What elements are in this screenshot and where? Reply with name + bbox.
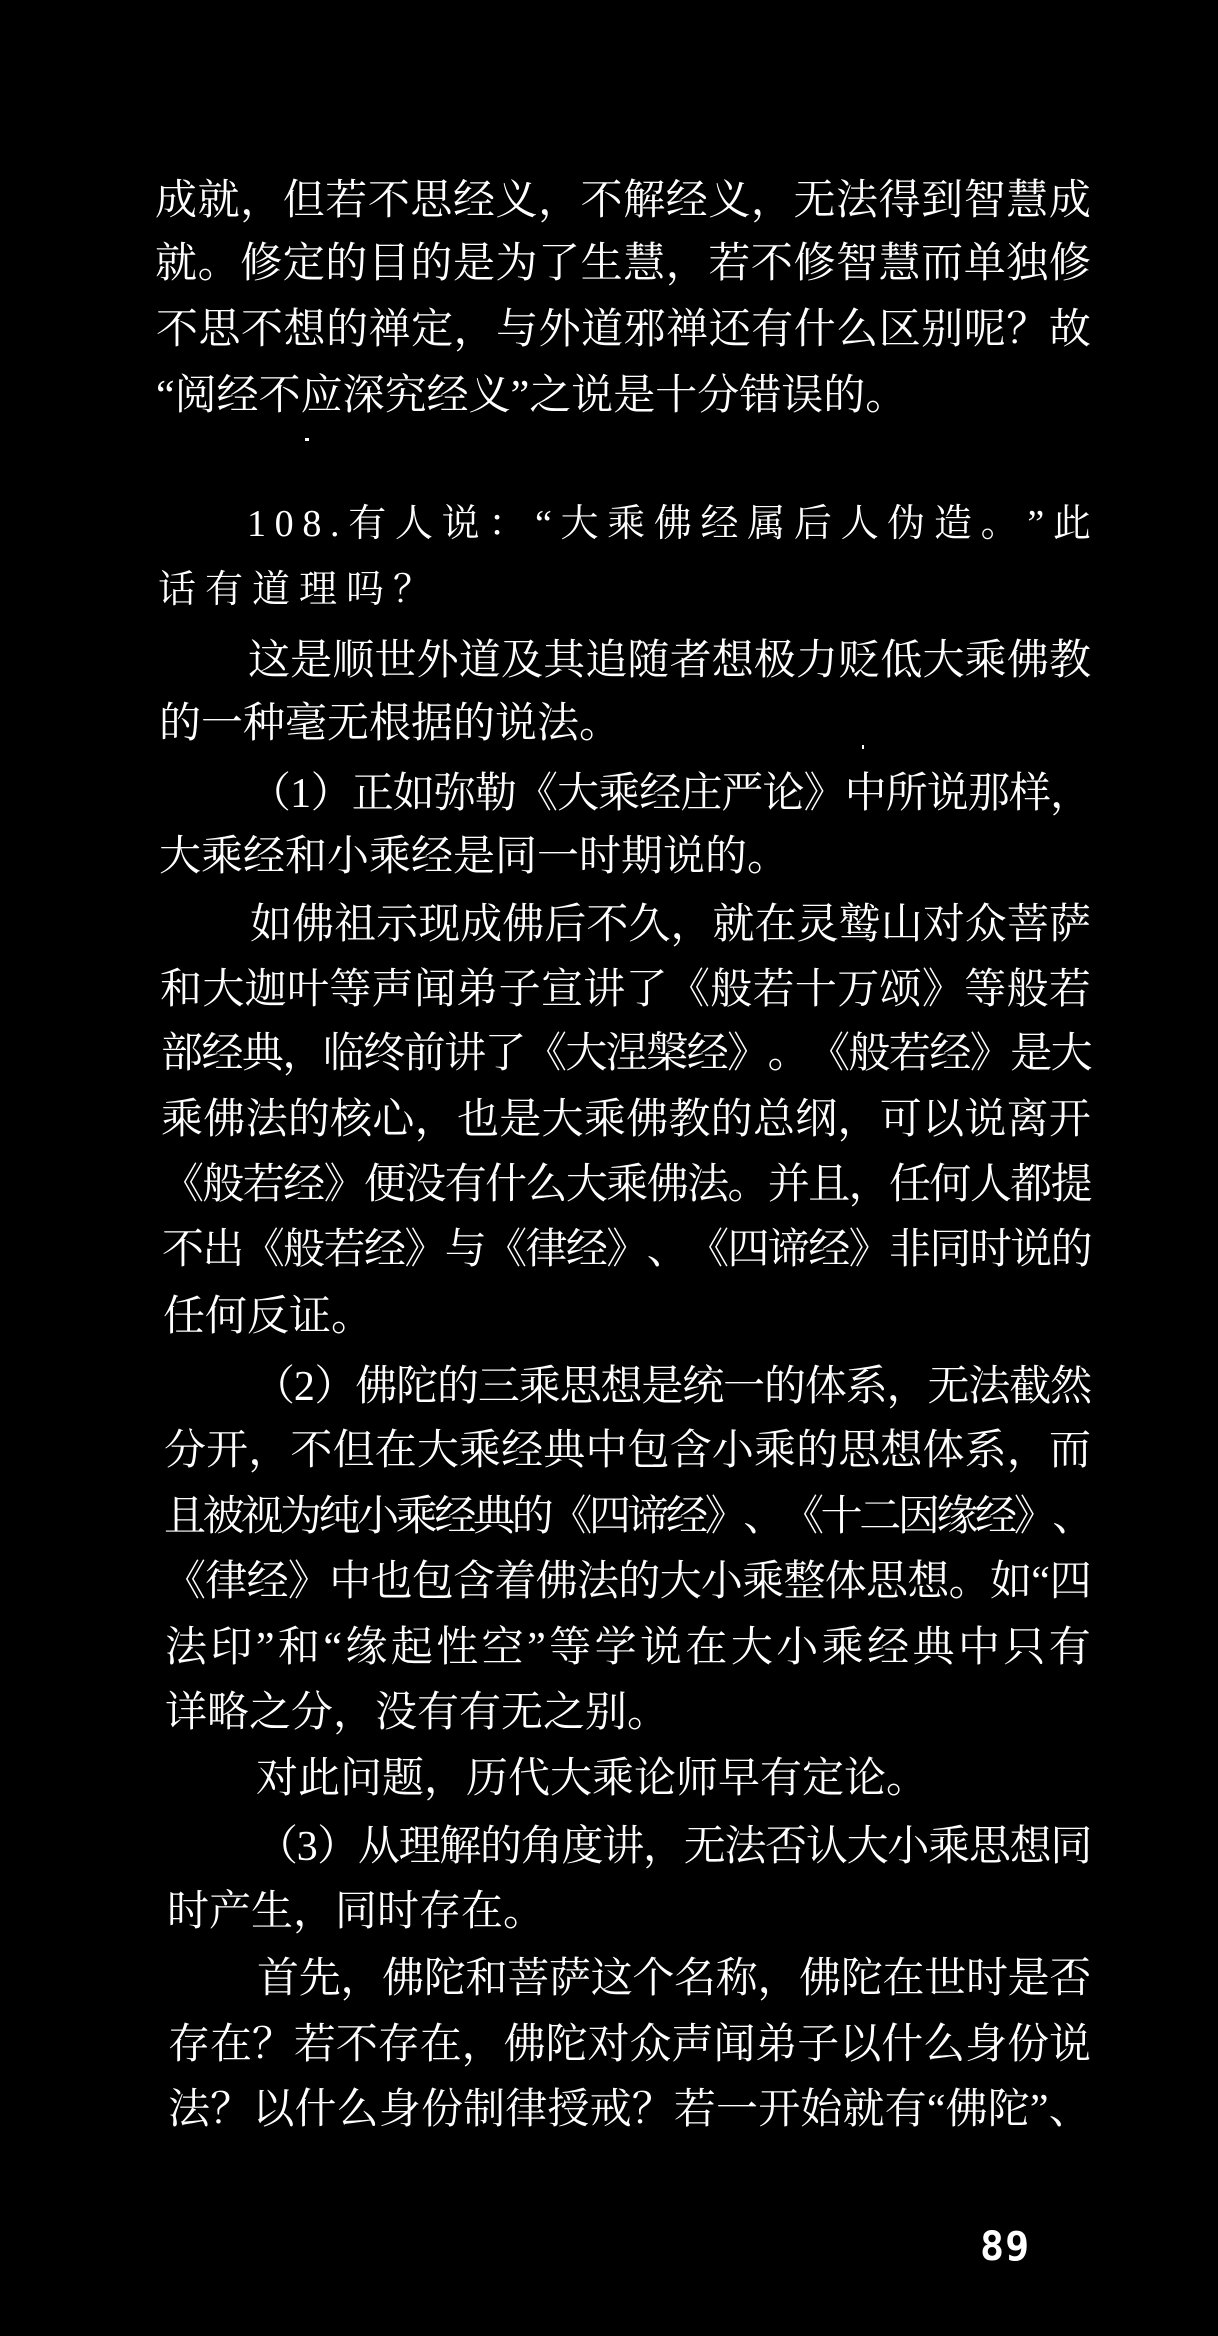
text-line: 不出《般若经》与《律经》、《四谛经》非同时说的 (162, 1217, 1091, 1283)
glyph: 提 (1051, 1152, 1091, 1218)
glyph: 佛 (382, 1946, 424, 2012)
glyph: 萨 (1049, 892, 1091, 958)
glyph: 授 (547, 2077, 589, 2143)
glyph: ？ (252, 2012, 294, 2078)
glyph: 等 (549, 1615, 591, 1681)
glyph: 前 (404, 1021, 444, 1087)
glyph: 子 (797, 2012, 839, 2078)
text-line: 大乘经和小乘经是同一时期说的。 (159, 824, 789, 890)
glyph: 》 (727, 1021, 767, 1087)
glyph: 律 (526, 1217, 566, 1283)
glyph: 二 (859, 1484, 898, 1550)
glyph: 首 (257, 1946, 299, 2012)
glyph: 然 (1050, 1354, 1091, 1420)
glyph: 大 (560, 491, 598, 557)
text-line: 就。修定的目的是为了生慧，若不修智慧而单独修 (155, 231, 1091, 297)
glyph: 在 (375, 1418, 417, 1484)
glyph: 义 (496, 168, 538, 234)
page-number: 89 (980, 2226, 1030, 2268)
glyph: 了 (626, 957, 668, 1023)
glyph: 佛 (536, 1549, 577, 1615)
glyph: ？ (210, 2077, 252, 2143)
glyph: 是 (1010, 1021, 1050, 1087)
glyph: 乘 (584, 1087, 626, 1153)
glyph: 和 (466, 1946, 508, 2012)
glyph: 般 (1007, 957, 1049, 1023)
glyph: 乘 (928, 1814, 969, 1880)
glyph: 若 (325, 168, 367, 234)
glyph: 定 (283, 231, 325, 297)
glyph: 是 (1008, 1946, 1050, 2012)
glyph: 经 (566, 1217, 606, 1283)
glyph: ” (256, 1615, 275, 1681)
glyph: 等 (329, 957, 371, 1023)
glyph: 可 (880, 1087, 922, 1153)
glyph: 般 (202, 1152, 242, 1218)
glyph: 部 (161, 1021, 201, 1087)
glyph: 样 (1009, 761, 1050, 827)
glyph: 律 (205, 1549, 246, 1615)
glyph: 为 (280, 1484, 319, 1550)
glyph: 以 (252, 2077, 294, 2143)
text-line: 部经典，临终前讲了《大涅槃经》。《般若经》是大 (161, 1021, 1091, 1087)
glyph: ， (240, 168, 282, 234)
glyph: 子 (499, 957, 541, 1023)
glyph: 无 (684, 1814, 725, 1880)
glyph: 乘 (742, 1549, 783, 1615)
glyph: 中 (329, 1549, 370, 1615)
glyph: 1 (247, 491, 266, 557)
glyph: 经 (453, 168, 495, 234)
glyph: 任 (889, 1152, 929, 1218)
glyph: ： (488, 491, 526, 557)
glyph: 若 (674, 2077, 716, 2143)
glyph: 么 (923, 2012, 965, 2078)
glyph: 小 (357, 1484, 396, 1550)
glyph: 其 (543, 628, 585, 694)
glyph: 《 (687, 1217, 727, 1283)
glyph: 但 (333, 1418, 375, 1484)
glyph: 若 (294, 2012, 336, 2078)
glyph: 法 (724, 1814, 765, 1880)
glyph: 是 (499, 1087, 541, 1153)
glyph: 灵 (797, 892, 839, 958)
glyph: 说 (1010, 1217, 1050, 1283)
glyph: 叶 (287, 957, 329, 1023)
glyph: ” (1030, 2077, 1049, 2143)
text-line: 分开，不但在大乘经典中包含小乘的思想体系，而 (164, 1418, 1091, 1484)
glyph: ？ (1006, 297, 1048, 363)
text-line: （2）佛陀的三乘思想是统一的体系，无法截然 (163, 1354, 1091, 1420)
glyph: 佛 (1007, 628, 1049, 694)
glyph: ， (666, 231, 708, 297)
glyph: 、 (647, 1217, 687, 1283)
glyph: 同 (1050, 1814, 1091, 1880)
glyph: 闻 (414, 957, 456, 1023)
glyph: 被 (203, 1484, 242, 1550)
glyph: 而 (921, 231, 963, 297)
glyph: 是 (641, 1354, 682, 1420)
glyph: 乘 (519, 1354, 560, 1420)
glyph: ， (849, 1152, 889, 1218)
glyph: 大 (565, 1021, 605, 1087)
glyph: 《 (808, 1021, 848, 1087)
glyph: 否 (765, 1814, 806, 1880)
text-line: 的一种毫无根据的说法。 (159, 691, 621, 757)
glyph: 这 (248, 628, 290, 694)
glyph: 经 (283, 1152, 323, 1218)
glyph: 菩 (507, 1946, 549, 2012)
glyph: 大 (731, 1615, 773, 1681)
glyph: 0 (275, 491, 294, 557)
glyph: 大 (1051, 1021, 1091, 1087)
glyph: 就 (713, 892, 755, 958)
glyph: . (330, 491, 340, 557)
glyph: 槃 (646, 1021, 686, 1087)
glyph: 整 (783, 1549, 824, 1615)
glyph: 教 (1049, 628, 1091, 694)
text-line: “阅经不应深究经义”之说是十分错误的。 (156, 363, 907, 429)
glyph: 《 (525, 1021, 565, 1087)
glyph: 有 (1049, 1615, 1091, 1681)
text-line: 法？以什么身份制律授戒？若一开始就有“佛陀”、 (168, 2077, 1091, 2143)
glyph: 典 (473, 1484, 512, 1550)
glyph: 在 (883, 1946, 925, 2012)
glyph: 大 (542, 1087, 584, 1153)
glyph: 随 (627, 628, 669, 694)
glyph: 便 (364, 1152, 404, 1218)
scan-speck (305, 438, 309, 441)
glyph: 经 (929, 1021, 969, 1087)
glyph: 什 (881, 2012, 923, 2078)
glyph: 呢 (964, 297, 1006, 363)
glyph: 经 (666, 1484, 705, 1550)
glyph: 、 (743, 1484, 782, 1550)
glyph: 经 (201, 1021, 241, 1087)
glyph: 思 (866, 1549, 907, 1615)
glyph: 的 (326, 297, 368, 363)
glyph: 对 (588, 2012, 630, 2078)
glyph: 如 (990, 1549, 1031, 1615)
glyph: 》 (705, 1484, 744, 1550)
glyph: （ (253, 1354, 294, 1420)
glyph: 万 (837, 957, 879, 1023)
glyph: ， (1007, 1418, 1049, 1484)
glyph: 。 (198, 231, 240, 297)
glyph: “ (927, 2077, 946, 2143)
glyph: 顺 (332, 628, 374, 694)
glyph: 的 (711, 1087, 753, 1153)
glyph: 起 (391, 1615, 433, 1681)
heading-line: 话有道理吗？ (158, 557, 440, 623)
glyph: 《 (164, 1549, 205, 1615)
glyph: 与 (496, 297, 538, 363)
glyph: 律 (505, 2077, 547, 2143)
glyph: 在 (210, 2012, 252, 2078)
glyph: 若 (243, 1152, 283, 1218)
glyph: 》 (324, 1152, 364, 1218)
glyph: 迦 (245, 957, 287, 1023)
glyph: 戒 (590, 2077, 632, 2143)
glyph: 及 (501, 628, 543, 694)
glyph: 不 (586, 892, 628, 958)
glyph: 想 (712, 628, 754, 694)
glyph: 菩 (1007, 892, 1049, 958)
glyph: 么 (526, 1152, 566, 1218)
glyph: 经 (501, 1418, 543, 1484)
glyph: 离 (1007, 1087, 1049, 1153)
glyph: 贬 (838, 628, 880, 694)
glyph: 世 (924, 1946, 966, 2012)
glyph: 》 (804, 761, 845, 827)
glyph: 》 (404, 1217, 444, 1283)
glyph: 了 (485, 1021, 525, 1087)
glyph: 鹫 (839, 892, 881, 958)
glyph: 法 (165, 1615, 207, 1681)
glyph: 2 (294, 1354, 314, 1420)
glyph: 开 (206, 1418, 248, 1484)
glyph: 包 (412, 1549, 453, 1615)
glyph: 且 (808, 1152, 848, 1218)
glyph: 大 (202, 957, 244, 1023)
glyph: 解 (439, 1814, 480, 1880)
glyph: 不 (241, 297, 283, 363)
glyph: 故 (1049, 297, 1091, 363)
glyph: ， (538, 168, 580, 234)
glyph: 说 (927, 761, 968, 827)
glyph: 智 (964, 168, 1006, 234)
glyph: 乘 (161, 1087, 203, 1153)
glyph: 佛 (946, 2077, 988, 2143)
glyph: 此 (1053, 491, 1091, 557)
glyph: 么 (836, 297, 878, 363)
glyph: 佛 (292, 892, 334, 958)
glyph: 开 (758, 2077, 800, 2143)
glyph: 乘 (598, 761, 639, 827)
glyph: 非 (889, 1217, 929, 1283)
glyph: 三 (478, 1354, 519, 1420)
text-line: 乘佛法的核心，也是大乘佛教的总纲，可以说离开 (161, 1087, 1091, 1153)
glyph: “ (1031, 1549, 1049, 1615)
glyph: 乘 (965, 628, 1007, 694)
text-line: 如佛祖示现成佛后不久，就在灵鹫山对众菩萨 (160, 892, 1091, 958)
glyph: 慧 (1006, 168, 1048, 234)
glyph: 以 (839, 2012, 881, 2078)
glyph: 。 (981, 491, 1019, 557)
glyph: ） (311, 761, 352, 827)
glyph: 和 (160, 957, 202, 1023)
glyph: 佛 (626, 1087, 668, 1153)
glyph: 从 (358, 1814, 399, 1880)
glyph: 慧 (879, 231, 921, 297)
glyph: 单 (964, 231, 1006, 297)
glyph: 谛 (768, 1217, 808, 1283)
glyph: 始 (800, 2077, 842, 2143)
glyph: 大 (557, 761, 598, 827)
glyph: 缘 (937, 1484, 976, 1550)
glyph: 教 (668, 1087, 710, 1153)
glyph: 那 (968, 761, 1009, 827)
glyph: 中 (958, 1615, 1000, 1681)
glyph: ， (454, 297, 496, 363)
glyph: 就 (155, 231, 197, 297)
glyph: 后 (794, 491, 832, 557)
glyph: 且 (164, 1484, 203, 1550)
glyph: 与 (445, 1217, 485, 1283)
glyph: 人 (970, 1152, 1010, 1218)
glyph: ） (314, 1354, 355, 1420)
glyph: ， (757, 1946, 799, 2012)
glyph: 伪 (887, 491, 925, 557)
glyph: 《 (485, 1217, 525, 1283)
glyph: 别 (921, 297, 963, 363)
glyph: 是 (290, 628, 332, 694)
glyph: 大 (660, 1549, 701, 1615)
glyph: 在 (755, 892, 797, 958)
glyph: 乘 (754, 1418, 796, 1484)
glyph: 到 (921, 168, 963, 234)
glyph: 思 (838, 1418, 880, 1484)
glyph: 一 (723, 1354, 764, 1420)
glyph: 外 (417, 628, 459, 694)
glyph: 经 (666, 168, 708, 234)
glyph: 等 (964, 957, 1006, 1023)
glyph: 般 (710, 957, 752, 1023)
glyph: 成 (155, 168, 197, 234)
glyph: 的 (512, 1484, 551, 1550)
glyph: 《 (162, 1152, 202, 1218)
text-line: （1）正如弥勒《大乘经庄严论》中所说那样， (159, 761, 1091, 827)
glyph: 目 (368, 231, 410, 297)
glyph: 想 (907, 1549, 948, 1615)
glyph: 、 (1049, 2077, 1091, 2143)
text-line: 《律经》中也包含着佛法的大小乘整体思想。如“四 (164, 1549, 1091, 1615)
glyph: 典 (543, 1418, 585, 1484)
glyph: 体 (825, 1549, 866, 1615)
glyph: 出 (202, 1217, 242, 1283)
glyph: 的 (410, 231, 452, 297)
glyph: 总 (753, 1087, 795, 1153)
glyph: 还 (709, 297, 751, 363)
glyph: 解 (623, 168, 665, 234)
glyph: 经 (247, 1549, 288, 1615)
glyph: 缘 (345, 1615, 387, 1681)
glyph: 《 (243, 1217, 283, 1283)
glyph: 乘 (606, 1152, 646, 1218)
text-line: 这是顺世外道及其追随者想极力贬低大乘佛教 (158, 628, 1091, 694)
glyph: 所 (886, 761, 927, 827)
glyph: 认 (806, 1814, 847, 1880)
glyph: 的 (618, 1549, 659, 1615)
glyph: 《 (550, 1484, 589, 1550)
glyph: 这 (591, 1946, 633, 2012)
glyph: 什 (485, 1152, 525, 1218)
glyph: 说 (964, 1087, 1006, 1153)
glyph: 声 (671, 2012, 713, 2078)
glyph: 陀 (396, 1354, 437, 1420)
glyph: 定 (411, 297, 453, 363)
glyph: 道 (581, 297, 623, 363)
glyph: 典 (242, 1021, 282, 1087)
glyph: 体 (805, 1354, 846, 1420)
glyph: 有 (445, 1152, 485, 1218)
glyph: 《 (516, 761, 557, 827)
glyph: 》 (849, 1217, 889, 1283)
glyph: 经 (434, 1484, 473, 1550)
glyph: 乘 (607, 491, 645, 557)
glyph: 典 (913, 1615, 955, 1681)
glyph: 四 (727, 1217, 767, 1283)
glyph: 空 (482, 1615, 524, 1681)
glyph: ， (751, 168, 793, 234)
glyph: ？ (632, 2077, 674, 2143)
glyph: 若 (324, 1217, 364, 1283)
glyph: 的 (796, 1418, 838, 1484)
glyph: 者 (670, 628, 712, 694)
text-line: 法印”和“缘起性空”等学说在大小乘经典中只有 (165, 1615, 1091, 1681)
glyph: 含 (670, 1418, 712, 1484)
glyph: 佛 (502, 892, 544, 958)
text-line: 不思不想的禅定，与外道邪禅还有什么区别呢？故 (156, 297, 1091, 363)
glyph: 经 (975, 1484, 1014, 1550)
glyph: （ (256, 1814, 297, 1880)
glyph: 先 (299, 1946, 341, 2012)
glyph: 思 (969, 1814, 1010, 1880)
glyph: 十 (821, 1484, 860, 1550)
glyph: 1 (290, 761, 311, 827)
glyph: 论 (762, 761, 803, 827)
glyph: 无 (793, 168, 835, 234)
glyph: 度 (562, 1814, 603, 1880)
glyph: 极 (754, 628, 796, 694)
text-line: 任何反证。 (163, 1284, 373, 1350)
glyph: 时 (970, 1217, 1010, 1283)
glyph: 佛 (504, 2012, 546, 2078)
glyph: 名 (674, 1946, 716, 2012)
glyph: 身 (379, 2077, 421, 2143)
glyph: 着 (494, 1549, 535, 1615)
glyph: 法 (577, 1549, 618, 1615)
glyph: 大 (417, 1418, 459, 1484)
book-page: 成就，但若不思经义，不解经义，无法得到智慧成 就。修定的目的是为了生慧，若不修智… (0, 0, 1218, 2336)
text-line: （3）从理解的角度讲，无法否认大小乘思想同 (166, 1814, 1091, 1880)
glyph: 法 (687, 1152, 727, 1218)
glyph: 经 (867, 1615, 909, 1681)
glyph: 制 (463, 2077, 505, 2143)
glyph: 佛 (799, 1946, 841, 2012)
glyph: 小 (776, 1615, 818, 1681)
glyph: 思 (199, 297, 241, 363)
glyph: 的 (764, 1354, 805, 1420)
glyph: 讲 (602, 1814, 643, 1880)
glyph: ， (415, 1087, 457, 1153)
glyph: 低 (880, 628, 922, 694)
glyph: 闻 (713, 2012, 755, 2078)
glyph: ， (462, 2012, 504, 2078)
glyph: 有 (348, 491, 386, 557)
glyph: 而 (1049, 1418, 1091, 1484)
glyph: 般 (283, 1217, 323, 1283)
glyph: 法 (836, 168, 878, 234)
glyph: 弥 (434, 761, 475, 827)
glyph: 久 (628, 892, 670, 958)
glyph: 小 (712, 1418, 754, 1484)
glyph: 后 (544, 892, 586, 958)
glyph: 众 (629, 2012, 671, 2078)
glyph: 不 (290, 1418, 332, 1484)
glyph: 都 (1010, 1152, 1050, 1218)
glyph: 想 (284, 297, 326, 363)
